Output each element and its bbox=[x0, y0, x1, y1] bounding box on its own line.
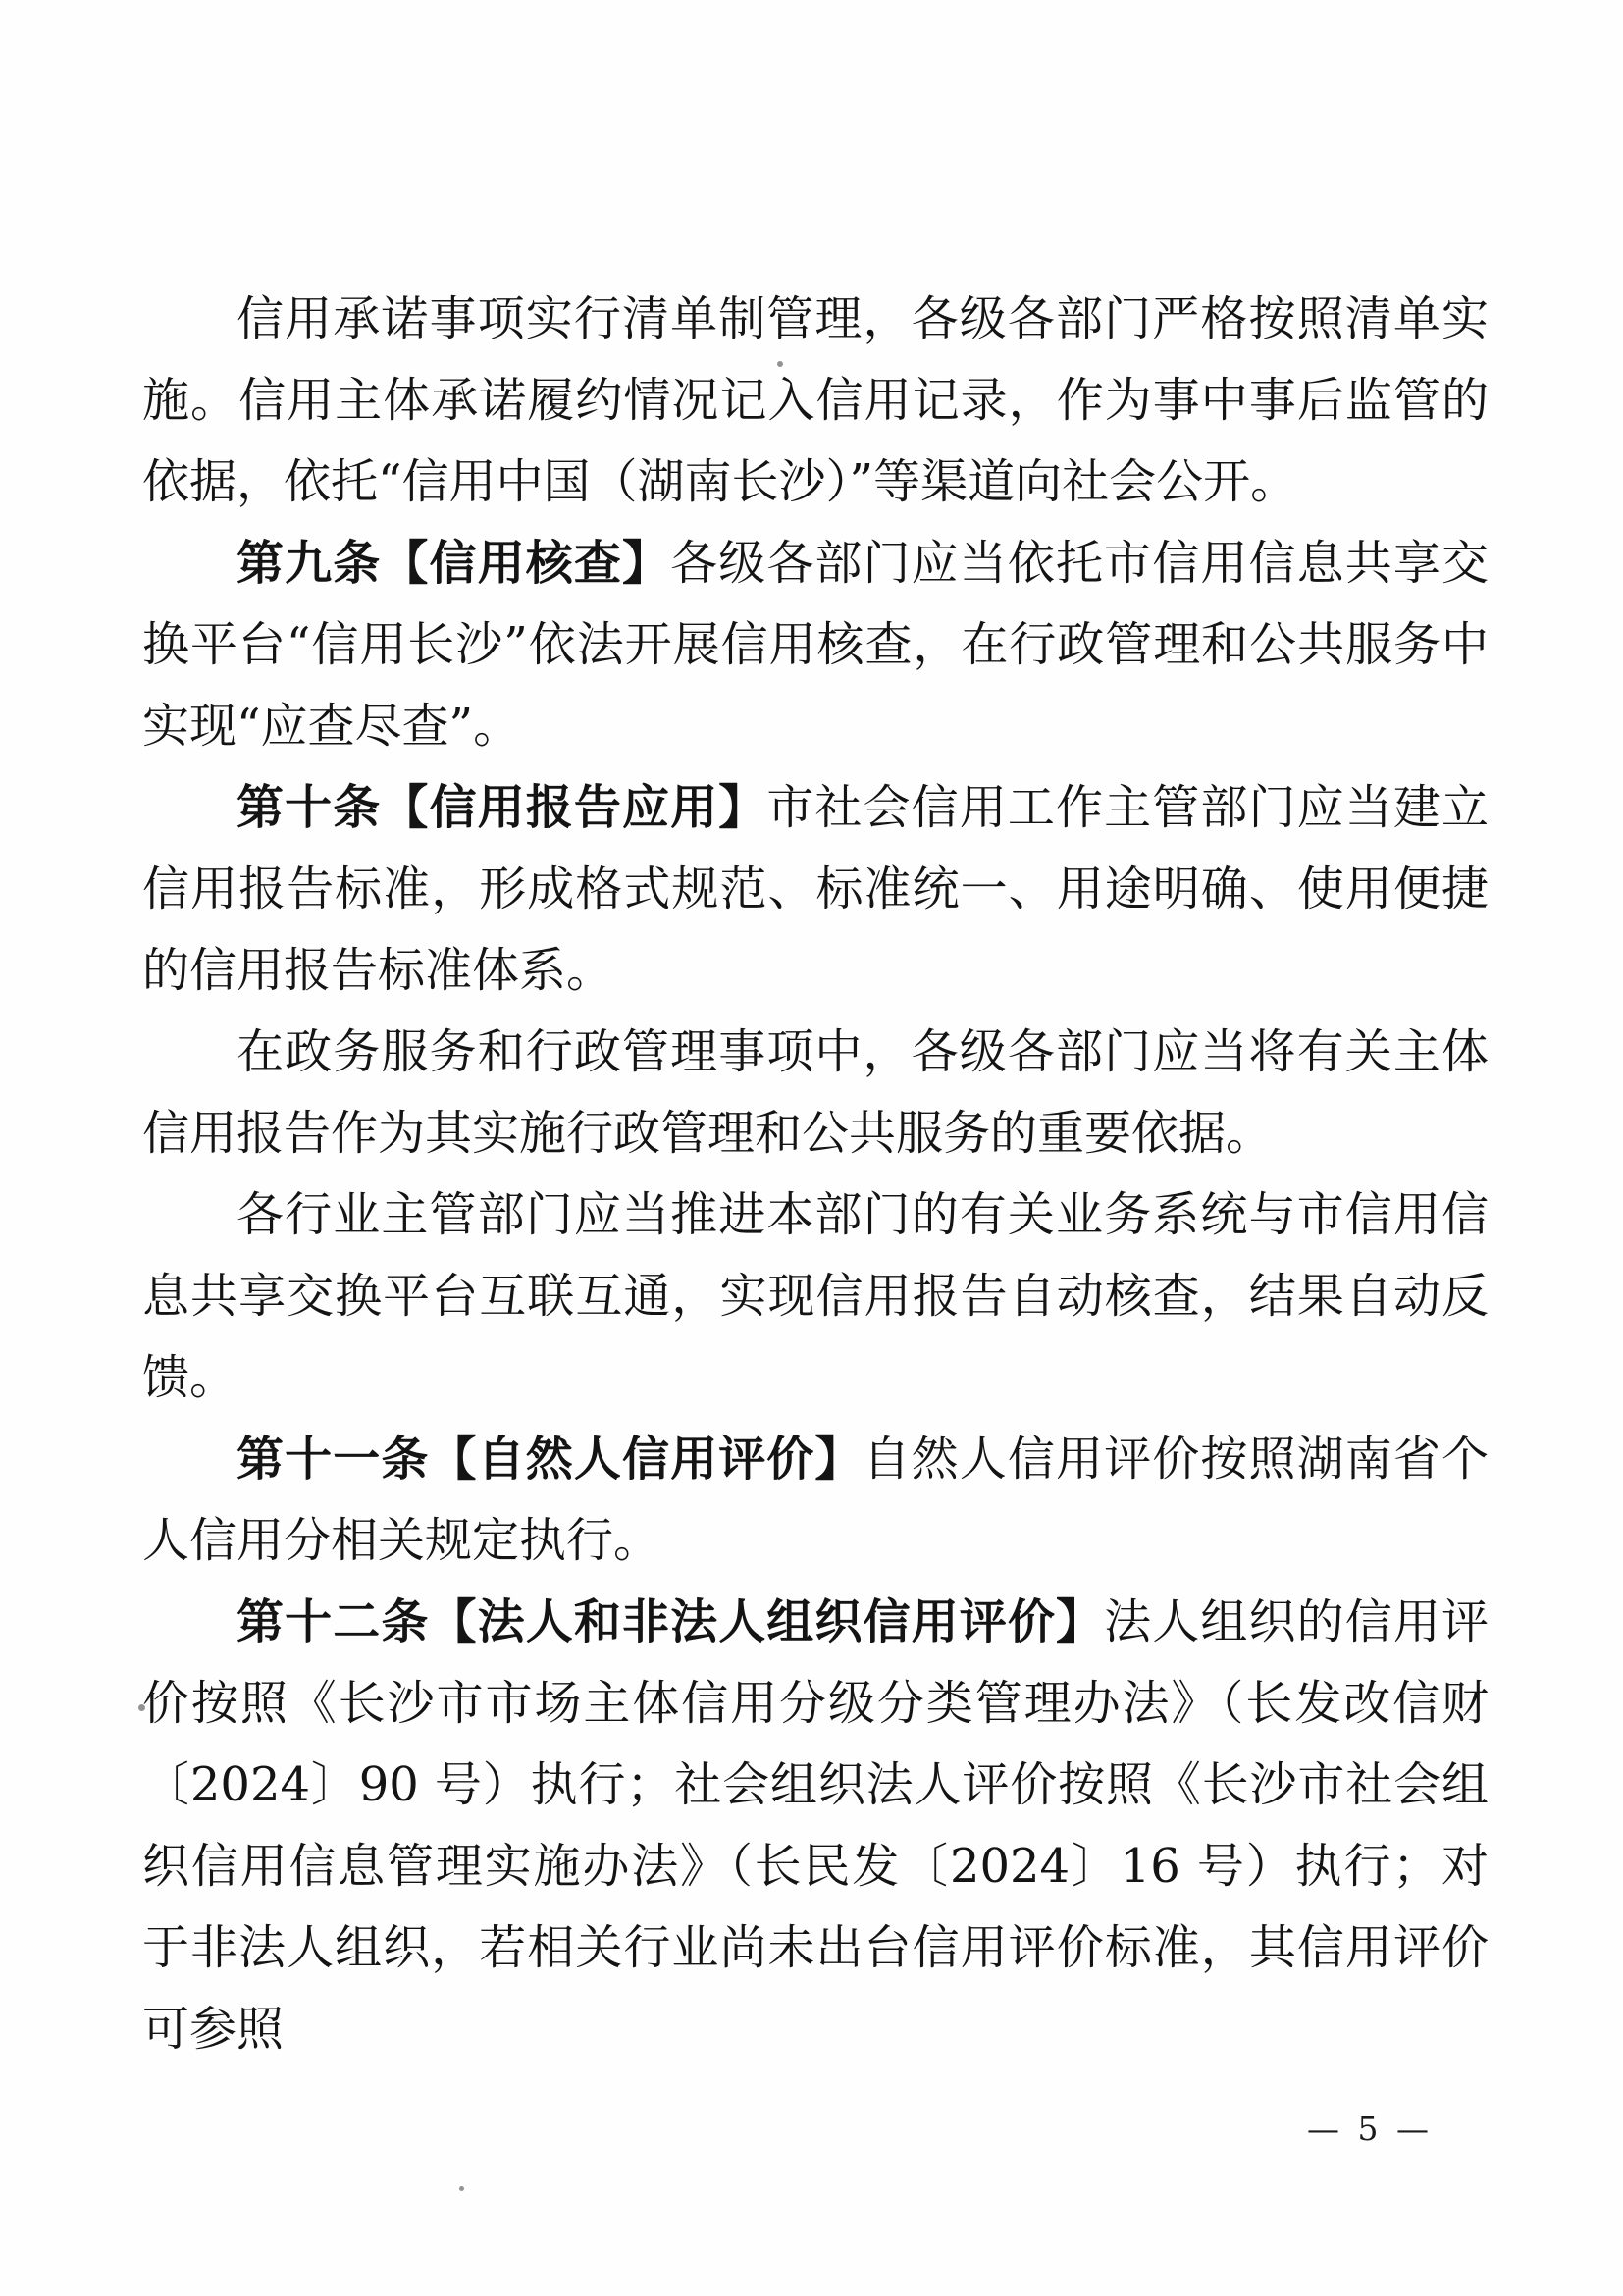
article-heading: 第九条【信用核查】 bbox=[236, 536, 670, 591]
article-heading: 第十一条【自然人信用评价】 bbox=[236, 1432, 864, 1487]
scanned-document-page: 信用承诺事项实行清单制管理，各级各部门严格按照清单实施。信用主体承诺履约情况记入… bbox=[0, 0, 1623, 2296]
paragraph: 在政务服务和行政管理事项中，各级各部门应当将有关主体信用报告作为其实施行政管理和… bbox=[142, 1012, 1489, 1174]
paragraph-text: 法人组织的信用评价按照《长沙市市场主体信用分级分类管理办法》（长发改信财〔202… bbox=[142, 1594, 1489, 2057]
paragraph: 第十一条【自然人信用评价】自然人信用评价按照湖南省个人信用分相关规定执行。 bbox=[142, 1419, 1489, 1582]
article-heading: 第十条【信用报告应用】 bbox=[236, 780, 766, 835]
document-body: 信用承诺事项实行清单制管理，各级各部门严格按照清单实施。信用主体承诺履约情况记入… bbox=[142, 279, 1489, 2070]
article-heading: 第十二条【法人和非法人组织信用评价】 bbox=[236, 1594, 1104, 1649]
paragraph-text: 信用承诺事项实行清单制管理，各级各部门严格按照清单实施。信用主体承诺履约情况记入… bbox=[142, 291, 1489, 509]
paragraph-text: 各行业主管部门应当推进本部门的有关业务系统与市信用信息共享交换平台互联互通，实现… bbox=[142, 1187, 1489, 1405]
page-number: — 5 — bbox=[1307, 2110, 1433, 2148]
scan-speck bbox=[777, 361, 783, 367]
scan-speck bbox=[138, 1704, 145, 1711]
paragraph-text: 在政务服务和行政管理事项中，各级各部门应当将有关主体信用报告作为其实施行政管理和… bbox=[142, 1024, 1489, 1161]
paragraph: 第十二条【法人和非法人组织信用评价】法人组织的信用评价按照《长沙市市场主体信用分… bbox=[142, 1582, 1489, 2070]
scan-speck bbox=[459, 2186, 464, 2191]
paragraph: 信用承诺事项实行清单制管理，各级各部门严格按照清单实施。信用主体承诺履约情况记入… bbox=[142, 279, 1489, 523]
paragraph: 各行业主管部门应当推进本部门的有关业务系统与市信用信息共享交换平台互联互通，实现… bbox=[142, 1174, 1489, 1419]
paragraph: 第九条【信用核查】各级各部门应当依托市信用信息共享交换平台“信用长沙”依法开展信… bbox=[142, 523, 1489, 767]
paragraph: 第十条【信用报告应用】市社会信用工作主管部门应当建立信用报告标准，形成格式规范、… bbox=[142, 767, 1489, 1012]
